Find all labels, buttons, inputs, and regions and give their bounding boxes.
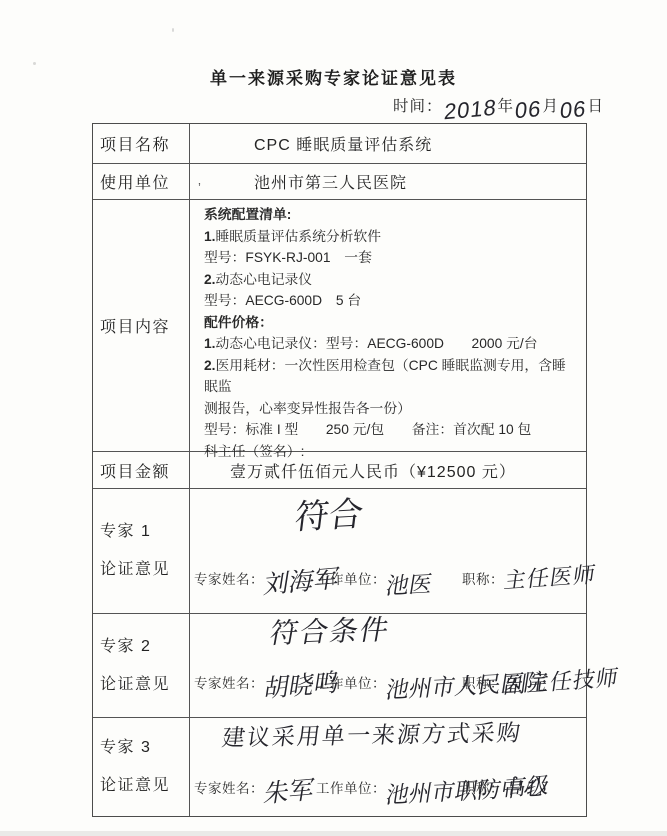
expert-3-signature-line: 专家姓名： 朱军 工作单位： 池州市职防中心 职称： 高级 [194,773,667,798]
scanned-document-page: ’ 单一来源采购专家论证意见表 时间： 2018 年 06 月 06 日 项目名… [0,0,667,836]
amount-label: 项目金额 [93,452,190,488]
expert-1-handwritten-name: 刘海军 [262,569,318,599]
row-project-content: 项目内容 系统配置清单: 1.睡眠质量评估系统分析软件 型号：FSYK-RJ-0… [93,199,586,451]
price-list-heading: 配件价格： [204,312,578,334]
expert-1-label-line1: 专家 1 [100,524,151,540]
time-line: 时间： 2018 年 06 月 06 日 [393,94,604,118]
expert-2-handwritten-name: 胡晓鸣 [262,673,318,703]
document-title: 单一来源采购专家论证意见表 [0,64,667,89]
row-project-name: 项目名称 CPC 睡眠质量评估系统 [93,124,586,163]
expert-1-handwritten-unit: 池医 [384,571,464,598]
expert-3-name-label: 专家姓名： [194,773,264,797]
handwritten-year: 2018 [443,97,498,124]
using-unit-label: 使用单位 [93,164,190,199]
config-list-heading: 系统配置清单: [204,204,578,226]
row-expert-3: 专家 3 论证意见 建议采用单一来源方式采购 专家姓名： 朱军 工作单位： 池州… [93,717,586,816]
expert-2-row-label: 专家 2 论证意见 [93,614,190,717]
handwritten-month: 06 [514,98,542,123]
price-item-2-line2: 测报告，心率变异性报告各一份） [204,398,578,420]
expert-1-name-label: 专家姓名： [194,564,264,588]
expert-2-name-label: 专家姓名： [194,668,264,692]
expert-2-cell: 符合条件 专家姓名： 胡晓鸣 工作单位： 池州市人民医院 职称： 副主任技师 [190,614,586,717]
expert-2-label-line2: 论证意见 [100,677,170,693]
expert-3-cell: 建议采用单一来源方式采购 专家姓名： 朱军 工作单位： 池州市职防中心 职称： … [190,718,586,816]
day-unit: 日 [587,94,604,118]
amount-value: 壹万贰仟伍佰元人民币（¥12500 元） [190,452,586,488]
row-using-unit: 使用单位 池州市第三人民医院 [93,163,586,199]
expert-1-handwritten-title: 主任医师 [503,564,598,593]
expert-3-handwritten-name: 朱军 [262,778,318,808]
expert-2-signature-line: 专家姓名： 胡晓鸣 工作单位： 池州市人民医院 职称： 副主任技师 [194,668,667,693]
expert-2-handwritten-opinion: 符合条件 [268,616,393,648]
using-unit-value: 池州市第三人民医院 [190,164,586,199]
expert-1-row-label: 专家 1 论证意见 [93,489,190,613]
expert-2-handwritten-unit: 池州市人民医院 [384,675,464,702]
expert-3-label-line1: 专家 3 [100,740,151,756]
config-item-2-model: 型号：AECG-600D 5 台 [204,290,578,312]
expert-2-handwritten-title: 副主任技师 [503,667,621,697]
expert-3-row-label: 专家 3 论证意见 [93,718,190,816]
time-label: 时间： [393,94,443,118]
row-expert-2: 专家 2 论证意见 符合条件 专家姓名： 胡晓鸣 工作单位： 池州市人民医院 职… [93,613,586,717]
expert-2-label-line1: 专家 2 [100,639,151,655]
expert-3-handwritten-title: 高级 [502,774,551,799]
expert-3-handwritten-unit: 池州市职防中心 [384,780,464,807]
project-content-label: 项目内容 [93,200,190,451]
expert-1-cell: 符合 专家姓名： 刘海军 工作单位： 池医 职称： 主任医师 [190,489,586,613]
price-item-2-model: 型号：标准 I 型 250 元/包 备注：首次配 10 包 [204,419,578,441]
project-name-label: 项目名称 [93,124,190,163]
expert-3-unit-label: 工作单位： [316,773,386,797]
expert-3-label-line2: 论证意见 [100,778,170,794]
expert-1-label-line2: 论证意见 [100,562,170,578]
config-item-1-model: 型号：FSYK-RJ-001 一套 [204,247,578,269]
handwritten-day: 06 [559,98,587,123]
scan-speck [172,28,174,32]
config-item-1: 1.睡眠质量评估系统分析软件 [204,226,578,248]
project-content-value: 系统配置清单: 1.睡眠质量评估系统分析软件 型号：FSYK-RJ-001 一套… [190,200,586,451]
year-unit: 年 [497,94,514,118]
expert-1-handwritten-opinion: 符合 [293,497,365,535]
scan-bottom-edge [0,831,667,836]
expert-1-title-label: 职称： [462,564,504,588]
config-item-2: 2.动态心电记录仪 [204,269,578,291]
month-unit: 月 [542,94,559,118]
price-item-2-line1: 2.医用耗材：一次性医用检查包（CPC 睡眠监测专用，含睡眠监 [204,355,578,398]
form-table: 项目名称 CPC 睡眠质量评估系统 使用单位 池州市第三人民医院 项目内容 系统… [92,123,587,817]
price-item-1: 1.动态心电记录仪：型号：AECG-600D 2000 元/台 [204,333,578,355]
row-amount: 项目金额 壹万贰仟伍佰元人民币（¥12500 元） [93,451,586,488]
expert-1-signature-line: 专家姓名： 刘海军 工作单位： 池医 职称： 主任医师 [194,564,667,589]
row-expert-1: 专家 1 论证意见 符合 专家姓名： 刘海军 工作单位： 池医 职称： 主任医师 [93,488,586,613]
project-name-value: CPC 睡眠质量评估系统 [190,124,586,163]
expert-3-handwritten-opinion: 建议采用单一来源方式采购 [221,721,524,749]
